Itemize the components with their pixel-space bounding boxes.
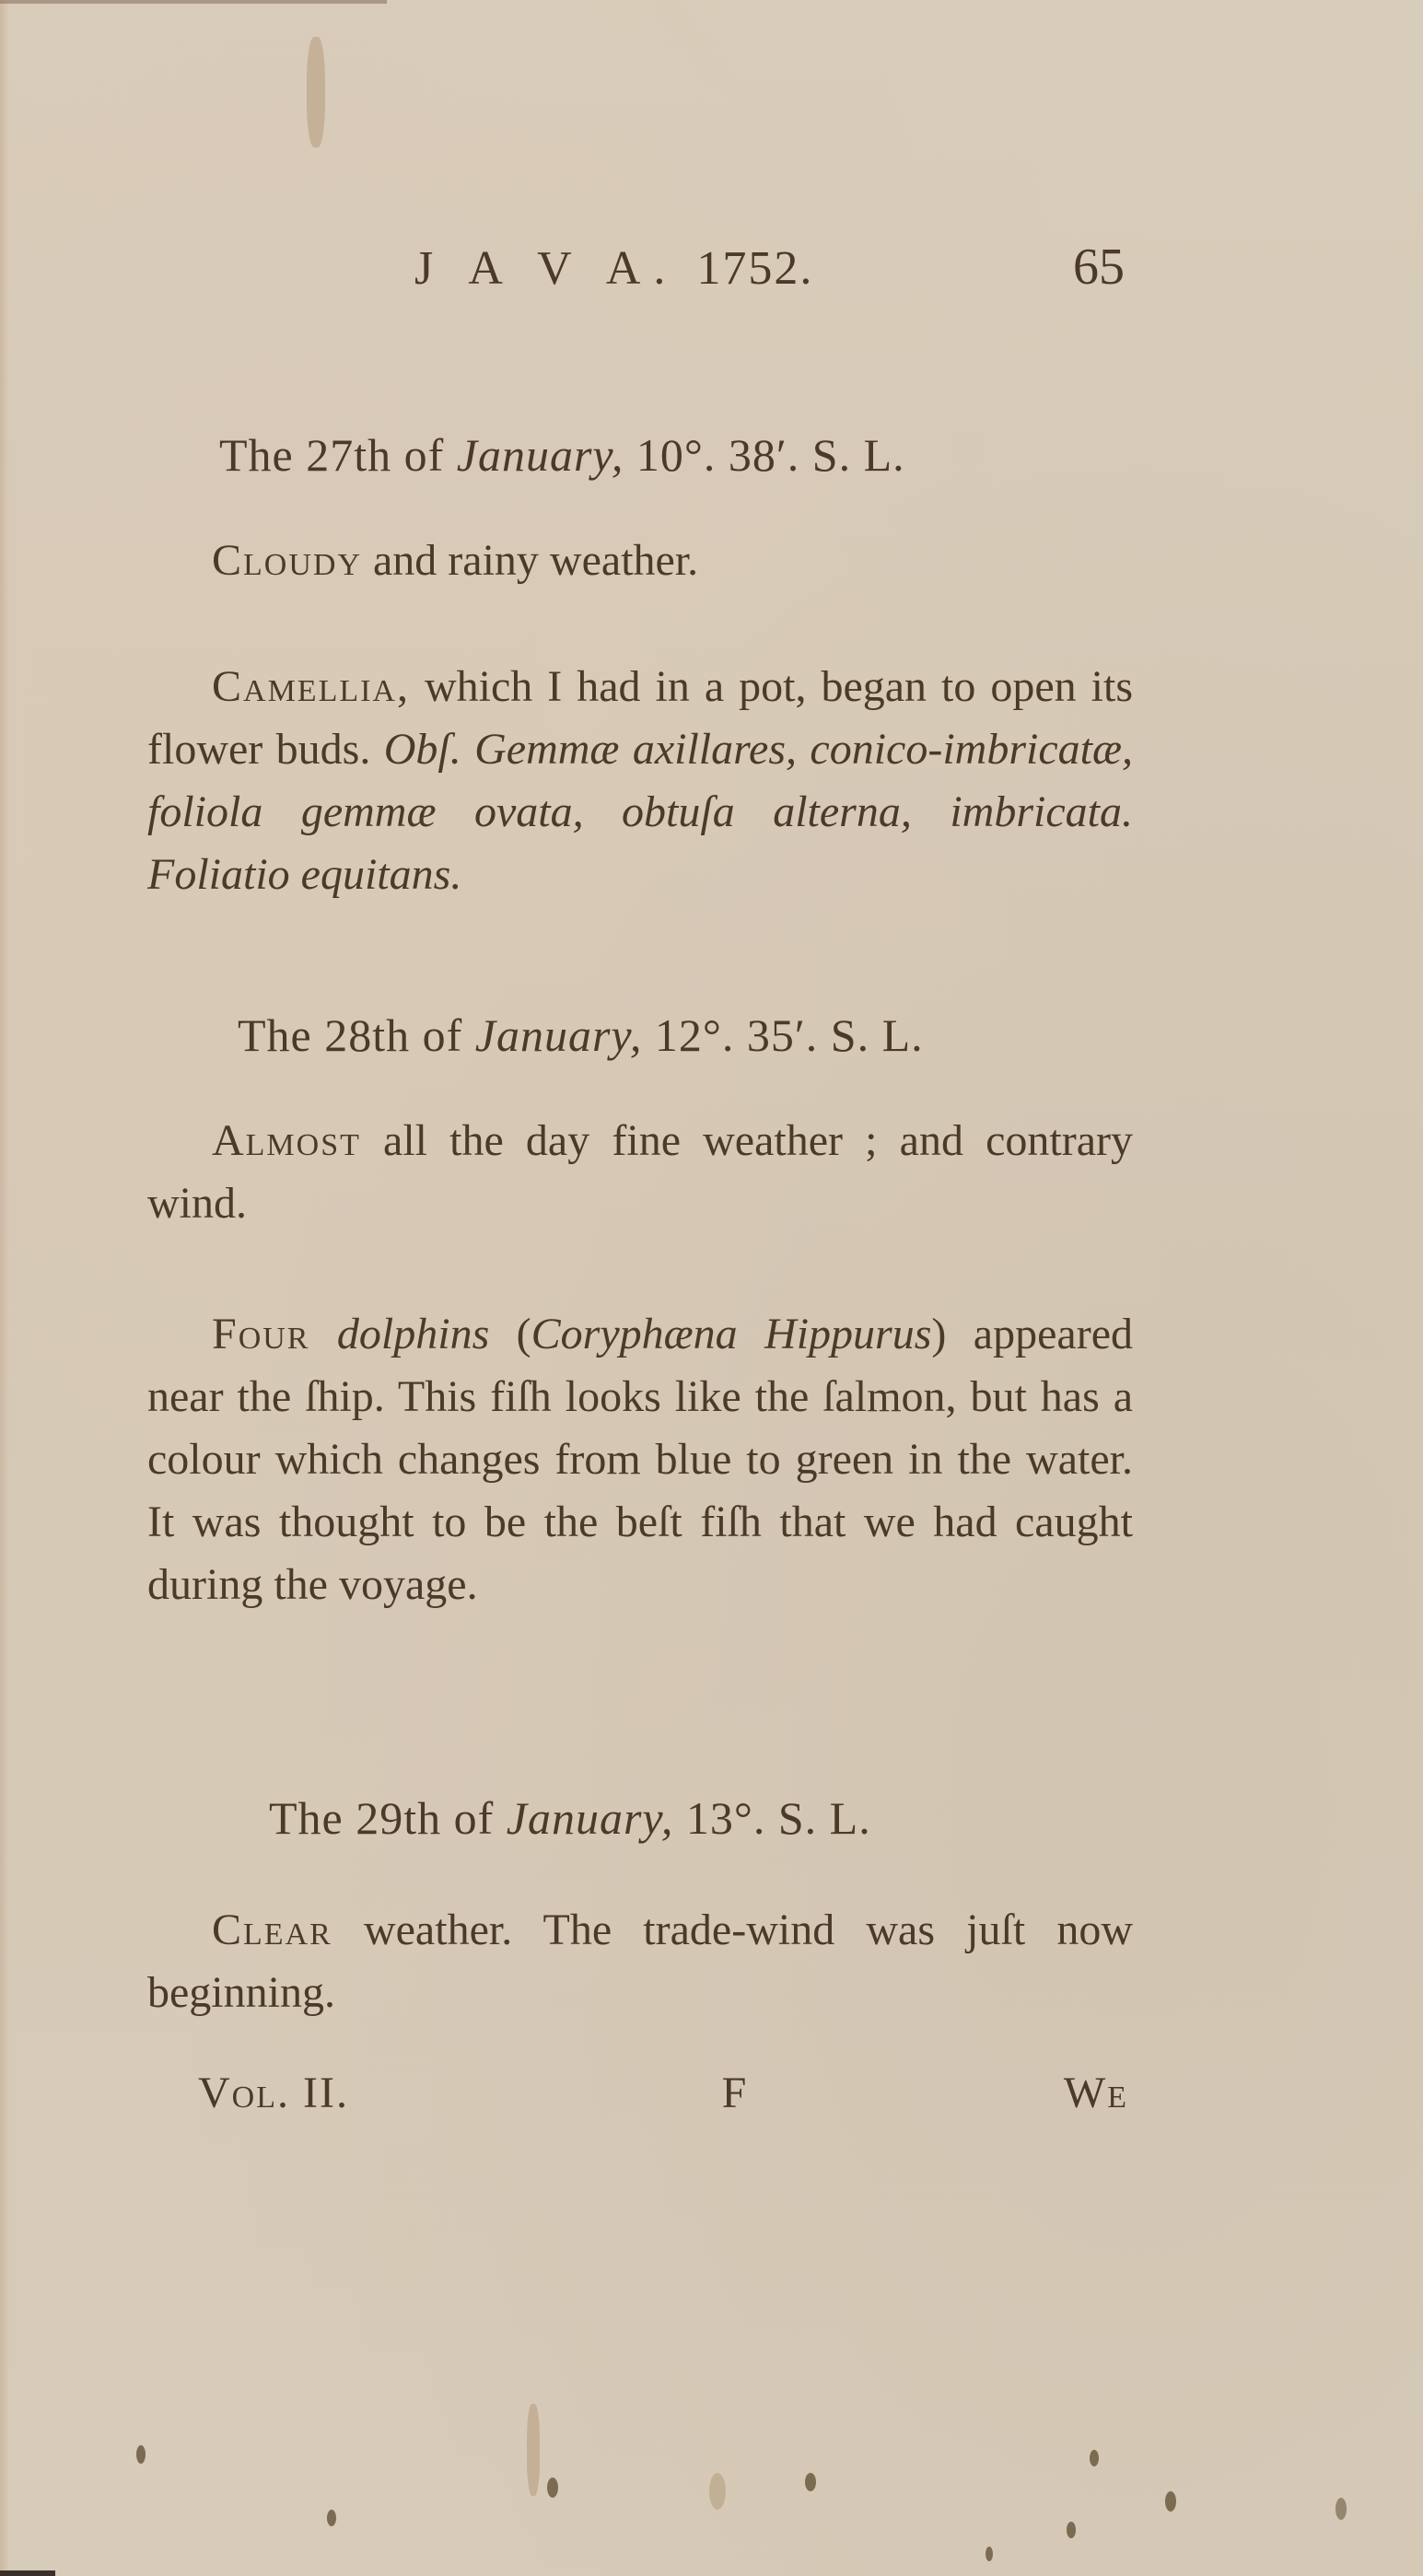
lead-word: Cloudy: [212, 536, 362, 585]
heading-prefix: The 29th of: [269, 1792, 507, 1844]
catchline: Vol. II. F We: [198, 2068, 1128, 2118]
volume-label: Vol. II.: [198, 2068, 349, 2118]
page-top-edge: [0, 0, 387, 4]
wormhole: [136, 2445, 146, 2464]
wormhole: [1165, 2491, 1176, 2512]
page-edge-shadow: [0, 0, 9, 2576]
entry-heading-jan-27: The 27th of January, 10°. 38′. S. L.: [219, 428, 905, 482]
wormhole: [1090, 2450, 1099, 2466]
heading-prefix: The 28th of: [238, 1009, 475, 1061]
heading-position: 12°. 35′. S. L.: [642, 1009, 923, 1061]
paragraph-dolphins: Four dolphins (Coryphæna Hippurus) appea…: [147, 1303, 1133, 1616]
wormhole: [1067, 2522, 1076, 2538]
heading-position: 10°. 38′. S. L.: [624, 429, 904, 481]
entry-heading-jan-29: The 29th of January, 13°. S. L.: [269, 1791, 871, 1845]
page-number: 65: [1073, 238, 1125, 297]
heading-prefix: The 27th of: [219, 429, 457, 481]
paragraph-text: and rainy weather.: [362, 536, 698, 585]
catchword: We: [1064, 2068, 1128, 2118]
book-page: J A V A.1752. 65 The 27th of January, 10…: [0, 0, 1423, 2576]
stain: [709, 2473, 726, 2510]
entry-heading-jan-28: The 28th of January, 12°. 35′. S. L.: [238, 1008, 924, 1062]
wormhole: [986, 2547, 993, 2561]
page-bottom-edge: [0, 2570, 55, 2576]
worm-track-stain: [307, 37, 325, 147]
wormhole: [547, 2477, 558, 2498]
species-name: Coryphæna Hippurus: [531, 1310, 932, 1358]
wormhole: [327, 2510, 336, 2526]
heading-month: January,: [507, 1792, 674, 1844]
wormhole: [805, 2473, 816, 2491]
lead-word: Almost: [212, 1116, 361, 1165]
heading-month: January,: [457, 429, 624, 481]
heading-month: January,: [475, 1009, 643, 1061]
signature-mark: F: [722, 2068, 747, 2118]
lead-word: Clear: [212, 1906, 332, 1954]
wormhole: [1336, 2498, 1347, 2520]
running-head-title: J A V A.: [414, 242, 678, 295]
worm-track-stain: [527, 2404, 540, 2496]
paragraph-camellia: Camellia, which I had in a pot, began to…: [147, 656, 1133, 906]
paragraph-clear: Clear weather. The trade-wind was juſt n…: [147, 1899, 1133, 2024]
heading-position: 13°. S. L.: [673, 1792, 870, 1844]
running-head: J A V A.1752.: [414, 241, 813, 296]
latin-foliatio: Foliatio equitans.: [147, 850, 461, 899]
lead-word: Camellia,: [212, 662, 410, 711]
lead-word: Four: [212, 1310, 309, 1358]
italic-dolphins: dolphins: [337, 1310, 489, 1358]
spacer-text: [309, 1310, 336, 1358]
paragraph-almost: Almost all the day fine weather ; and co…: [147, 1110, 1133, 1235]
paragraph-cloudy: Cloudy and rainy weather.: [147, 530, 1133, 592]
paragraph-text: (: [489, 1310, 531, 1358]
running-head-year: 1752.: [696, 242, 813, 295]
